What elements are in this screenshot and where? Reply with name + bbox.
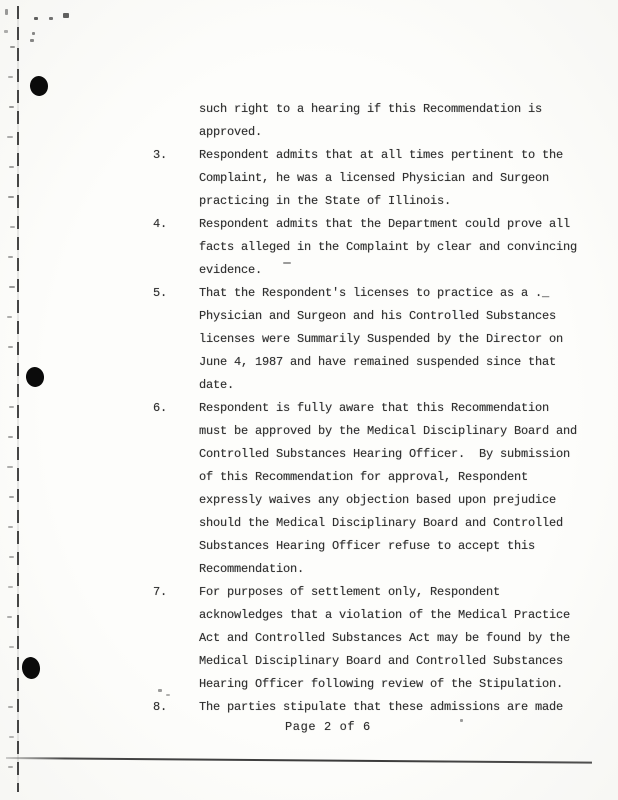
scan-speck: [7, 136, 13, 138]
scan-speck: [10, 226, 15, 228]
line-text: Controlled Substances Hearing Officer. B…: [199, 443, 570, 466]
scan-speck: [8, 526, 13, 528]
scan-speck: [8, 256, 13, 258]
hole-punch: [29, 75, 50, 97]
line-text: Respondent is fully aware that this Reco…: [199, 397, 549, 420]
text-line: Controlled Substances Hearing Officer. B…: [153, 443, 577, 466]
text-line: approved.: [153, 121, 577, 144]
line-text: expressly waives any objection based upo…: [199, 489, 556, 512]
paragraph-number: [153, 420, 199, 443]
paragraph-number: 7.: [153, 581, 199, 604]
scan-speck: [9, 646, 14, 648]
paragraph-number: [153, 121, 199, 144]
paragraph-number: [153, 167, 199, 190]
line-text: licenses were Summarily Suspended by the…: [199, 328, 563, 351]
text-line: such right to a hearing if this Recommen…: [153, 98, 577, 121]
paragraph-number: [153, 650, 199, 673]
scan-speck: [10, 46, 15, 48]
text-line: 6.Respondent is fully aware that this Re…: [153, 397, 577, 420]
scan-speck: [30, 39, 34, 42]
paragraph-number: 3.: [153, 144, 199, 167]
scan-speck: [8, 196, 14, 198]
line-text: For purposes of settlement only, Respond…: [199, 581, 500, 604]
text-line: date.: [153, 374, 577, 397]
scan-speck: [9, 286, 15, 288]
paragraph-number: [153, 673, 199, 696]
paragraph-number: [153, 374, 199, 397]
line-text: such right to a hearing if this Recommen…: [199, 98, 542, 121]
paragraph-number: [153, 604, 199, 627]
line-text: of this Recommendation for approval, Res…: [199, 466, 528, 489]
text-line: 3.Respondent admits that at all times pe…: [153, 144, 577, 167]
scan-speck: [4, 30, 8, 33]
scan-speck: [8, 706, 13, 708]
text-line: 4.Respondent admits that the Department …: [153, 213, 577, 236]
scan-speck: [9, 106, 14, 108]
paragraph-number: [153, 466, 199, 489]
scan-speck: [34, 17, 38, 20]
line-text: June 4, 1987 and have remained suspended…: [199, 351, 556, 374]
hole-punch: [25, 366, 46, 388]
scan-edge-line: [17, 6, 19, 792]
paragraph-number: 8.: [153, 696, 199, 719]
scan-speck: [8, 436, 13, 438]
text-line: Substances Hearing Officer refuse to acc…: [153, 535, 577, 558]
page-number: Page 2 of 6: [285, 716, 371, 739]
scan-speck: [5, 9, 8, 15]
line-text: acknowledges that a violation of the Med…: [199, 604, 570, 627]
text-line: 7.For purposes of settlement only, Respo…: [153, 581, 577, 604]
text-line: Act and Controlled Substances Act may be…: [153, 627, 577, 650]
line-text: Medical Disciplinary Board and Controlle…: [199, 650, 563, 673]
scan-bottom-line: [6, 757, 592, 764]
line-text: Recommendation.: [199, 558, 304, 581]
line-text: date.: [199, 374, 234, 397]
hole-punch: [21, 656, 42, 680]
paragraph-number: [153, 328, 199, 351]
scan-speck: [7, 316, 12, 318]
paragraph-number: [153, 512, 199, 535]
paragraph-number: [153, 236, 199, 259]
text-line: Medical Disciplinary Board and Controlle…: [153, 650, 577, 673]
line-text: facts alleged in the Complaint by clear …: [199, 236, 577, 259]
text-line: acknowledges that a violation of the Med…: [153, 604, 577, 627]
scan-speck: [63, 13, 69, 18]
paragraph-number: [153, 535, 199, 558]
text-line: licenses were Summarily Suspended by the…: [153, 328, 577, 351]
scan-speck: [8, 766, 13, 768]
line-text: That the Respondent's licenses to practi…: [199, 282, 549, 305]
scan-speck: [8, 76, 13, 78]
line-text: Physician and Surgeon and his Controlled…: [199, 305, 556, 328]
paragraph-number: [153, 558, 199, 581]
text-line: Recommendation.: [153, 558, 577, 581]
text-line: practicing in the State of Illinois.: [153, 190, 577, 213]
paragraph-number: [153, 351, 199, 374]
text-line: evidence.: [153, 259, 577, 282]
line-text: must be approved by the Medical Discipli…: [199, 420, 577, 443]
scan-speck: [49, 17, 53, 20]
line-text: practicing in the State of Illinois.: [199, 190, 451, 213]
paragraph-number: [153, 305, 199, 328]
paragraph-number: 5.: [153, 282, 199, 305]
scanned-page: such right to a hearing if this Recommen…: [0, 0, 618, 800]
line-text: Complaint, he was a licensed Physician a…: [199, 167, 549, 190]
scan-speck: [9, 496, 14, 498]
scan-speck: [460, 719, 463, 722]
scan-speck: [9, 166, 14, 168]
paragraph-number: [153, 627, 199, 650]
line-text: Substances Hearing Officer refuse to acc…: [199, 535, 535, 558]
line-text: Act and Controlled Substances Act may be…: [199, 627, 570, 650]
text-line: Physician and Surgeon and his Controlled…: [153, 305, 577, 328]
paragraph-number: [153, 259, 199, 282]
text-line: of this Recommendation for approval, Res…: [153, 466, 577, 489]
text-line: 5.That the Respondent's licenses to prac…: [153, 282, 577, 305]
scan-speck: [8, 346, 13, 348]
text-line: must be approved by the Medical Discipli…: [153, 420, 577, 443]
text-line: Hearing Officer following review of the …: [153, 673, 577, 696]
line-text: approved.: [199, 121, 262, 144]
document-body: such right to a hearing if this Recommen…: [153, 98, 577, 719]
paragraph-number: [153, 443, 199, 466]
line-text: Respondent admits that at all times pert…: [199, 144, 563, 167]
scan-speck: [7, 466, 13, 468]
text-line: expressly waives any objection based upo…: [153, 489, 577, 512]
line-text: The parties stipulate that these admissi…: [199, 696, 563, 719]
line-text: Respondent admits that the Department co…: [199, 213, 570, 236]
paragraph-number: [153, 98, 199, 121]
paragraph-number: 4.: [153, 213, 199, 236]
paragraph-number: 6.: [153, 397, 199, 420]
scan-speck: [32, 32, 35, 35]
scan-speck: [9, 556, 14, 558]
line-text: should the Medical Disciplinary Board an…: [199, 512, 563, 535]
text-line: June 4, 1987 and have remained suspended…: [153, 351, 577, 374]
text-line: Complaint, he was a licensed Physician a…: [153, 167, 577, 190]
scan-speck: [9, 406, 14, 408]
text-line: should the Medical Disciplinary Board an…: [153, 512, 577, 535]
scan-speck: [8, 586, 13, 588]
line-text: evidence.: [199, 259, 262, 282]
paragraph-number: [153, 190, 199, 213]
scan-speck: [9, 736, 14, 738]
line-text: Hearing Officer following review of the …: [199, 673, 563, 696]
paragraph-number: [153, 489, 199, 512]
scan-speck: [7, 616, 12, 618]
text-line: facts alleged in the Complaint by clear …: [153, 236, 577, 259]
